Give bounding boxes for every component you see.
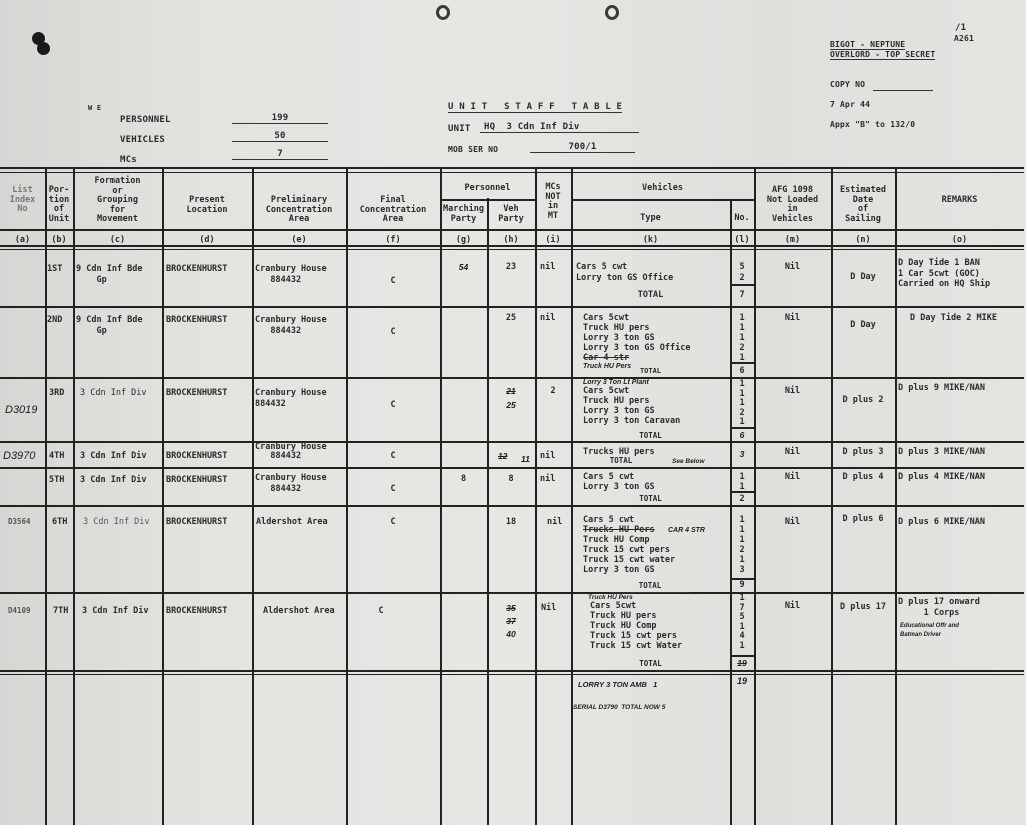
vehicle-types: Cars 5cwt Truck HU pers Lorry 3 ton GS L… [583, 386, 680, 426]
vehicle-nos: 1 1 1 2 1 [730, 313, 754, 363]
present-location: BROCKENHURST [166, 517, 227, 528]
col-group-vehicles: Vehicles [571, 184, 754, 194]
prelim-area: Cranbury House 884432 [255, 264, 327, 285]
veh-party-struck-2: 37 [487, 616, 535, 627]
veh-party: 23 [487, 262, 535, 273]
est-sailing: D plus 4 [831, 472, 895, 483]
est-sailing: D plus 17 [831, 602, 895, 613]
mcs-not-in-mt: nil [540, 451, 555, 462]
present-location: BROCKENHURST [166, 264, 227, 275]
formation: 3 Cdn Inf Div [80, 388, 147, 399]
footer-note-total: SERIAL D3790 TOTAL NOW 5 [573, 703, 665, 714]
col-header-list-index: List Index No [0, 186, 45, 215]
header-bottom-border [0, 229, 1024, 231]
afg-1098: Nil [754, 313, 831, 324]
col-header-vehicle-type: Type [571, 214, 730, 224]
unit-value: HQ 3 Cdn Inf Div [480, 122, 639, 133]
marching-party: 8 [440, 474, 487, 485]
col-letter: (b) [45, 236, 73, 246]
unit-label: UNIT [448, 124, 470, 134]
col-header-veh-party: Veh Party [487, 205, 535, 224]
veh-party: 40 [487, 629, 535, 640]
portion: 7TH [53, 606, 68, 617]
marching-party: 54 [440, 262, 487, 273]
row-divider [0, 467, 1024, 469]
veh-party: 18 [487, 517, 535, 528]
col-letter: (i) [535, 236, 571, 246]
final-area: C [346, 484, 440, 495]
final-area: C [346, 400, 440, 411]
copy-no-label: COPY NO [830, 80, 865, 89]
col-letter: (g) [440, 236, 487, 246]
mcs-not-in-mt: Nil [541, 603, 556, 614]
vehicle-nos: 5 2 [730, 262, 754, 283]
final-area: C [346, 327, 440, 338]
portion: 6TH [52, 517, 67, 528]
total-value: 19 [730, 658, 754, 669]
formation: 9 Cdn Inf Bde Gp [76, 315, 143, 336]
page-ref: /1 [955, 23, 966, 33]
total-label: TOTAL [571, 367, 730, 375]
classification-line-1: BIGOT - NEPTUNE [830, 40, 905, 50]
est-sailing: D plus 6 [831, 514, 895, 525]
document-date: 7 Apr 44 [830, 100, 870, 109]
row-divider [0, 674, 1024, 675]
mcs-label: MCs [120, 155, 137, 165]
list-index: D4109 [8, 606, 31, 617]
punch-hole-icon [605, 5, 619, 20]
copy-no-field [873, 80, 933, 91]
afg-1098: Nil [754, 517, 831, 528]
col-header-afg-1098: AFG 1098 Not Loaded in Vehicles [754, 186, 831, 224]
table-top-border [0, 167, 1024, 169]
total-line [730, 655, 754, 657]
col-header-portion: Por- tion of Unit [45, 186, 73, 224]
portion: 5TH [49, 475, 64, 486]
prelim-area: Cranbury House 884432 [255, 443, 327, 461]
veh-party: 8 [487, 474, 535, 485]
col-border [535, 168, 537, 825]
list-index: D3564 [8, 517, 31, 528]
row-divider [0, 306, 1024, 308]
total-label: TOTAL [571, 290, 730, 301]
vehicle-nos: 1 1 [730, 472, 754, 492]
ink-blot-icon [37, 42, 50, 55]
total-value: 9 [730, 580, 754, 591]
remarks-handwritten: Educational Offr and Batman Driver [900, 622, 959, 640]
portion: 4TH [49, 451, 64, 462]
col-letter: (k) [571, 236, 730, 246]
total-value: 2 [730, 494, 754, 505]
footer-note-amb-no: 19 [730, 676, 754, 687]
prelim-area: Cranbury House 884432 [255, 473, 327, 494]
total-value: 7 [730, 290, 754, 301]
col-group-personnel: Personnel [440, 184, 535, 194]
mob-ser-value: 700/1 [530, 142, 635, 153]
vehicle-nos: 1 1 1 2 1 [730, 380, 754, 428]
portion: 1ST [47, 264, 62, 275]
mcs-not-in-mt: nil [540, 313, 555, 324]
veh-party: 11 [521, 454, 530, 465]
col-header-marching-party: Marching Party [440, 205, 487, 224]
col-header-est-sailing: Estimated Date of Sailing [831, 186, 895, 224]
veh-party: 25 [487, 313, 535, 324]
col-letter: (a) [0, 236, 45, 246]
vehicle-types: Cars 5cwt Truck HU pers Truck HU Comp Tr… [590, 601, 682, 651]
prelim-area: Cranbury House 884432 [255, 388, 327, 409]
col-header-final-area: Final Concentration Area [346, 196, 440, 225]
present-location: BROCKENHURST [166, 606, 227, 617]
portion: 2ND [47, 315, 62, 326]
total-label: TOTAL [571, 494, 730, 505]
col-border [162, 168, 164, 825]
mcs-not-in-mt: nil [540, 262, 555, 273]
remarks: D Day Tide 2 MIKE [910, 313, 997, 324]
vehicle-types: Cars 5 cwt Lorry 3 ton GS [583, 472, 655, 492]
vehicle-nos: 1 1 1 2 1 3 [730, 515, 754, 575]
mcs-not-in-mt: nil [547, 517, 562, 528]
total-line [730, 284, 754, 286]
document-title: U N I T S T A F F T A B L E [448, 102, 622, 113]
afg-1098: Nil [754, 472, 831, 483]
row-divider [0, 249, 1024, 250]
present-location: BROCKENHURST [166, 315, 227, 326]
col-letter: (f) [346, 236, 440, 246]
total-value: 3 [730, 449, 754, 460]
remarks: D plus 6 MIKE/NAN [898, 517, 985, 528]
mcs-not-in-mt: 2 [535, 386, 571, 397]
present-location: BROCKENHURST [166, 388, 227, 399]
col-letter: (o) [895, 236, 1024, 246]
final-area: C [346, 606, 416, 617]
vehicles-group-divider [572, 199, 754, 201]
remarks: D plus 4 MIKE/NAN [898, 472, 985, 483]
vehicles-value: 50 [232, 131, 328, 142]
vehicles-label: VEHICLES [120, 135, 165, 145]
formation: 3 Cdn Inf Div [80, 475, 147, 486]
total-value: 6 [730, 366, 754, 377]
vehicle-nos: 1 7 5 1 4 1 [730, 594, 754, 651]
col-border [831, 168, 833, 825]
punch-hole-icon [436, 5, 450, 20]
total-value: 6 [730, 430, 754, 441]
est-sailing: D Day [831, 272, 895, 283]
remarks: D Day Tide 1 BAN 1 Car 5cwt (GOC) Carrie… [898, 258, 990, 290]
veh-party-struck: 21 [487, 386, 535, 397]
row-divider [0, 441, 1024, 443]
vehicle-handwritten-entry: CAR 4 STR [668, 526, 705, 537]
vehicle-struck-entry: Trucks HU Pers [583, 525, 655, 536]
col-letter: (l) [730, 236, 754, 246]
col-letter: (e) [252, 236, 346, 246]
portion: 3RD [49, 388, 64, 399]
mcs-value: 7 [232, 149, 328, 160]
veh-party-struck: 35 [487, 603, 535, 614]
formation: 3 Cdn Inf Div [82, 606, 149, 617]
personnel-value: 199 [232, 113, 328, 124]
col-header-prelim-area: Preliminary Concentration Area [252, 196, 346, 225]
present-location: BROCKENHURST [166, 475, 227, 486]
col-header-formation: Formation or Grouping for Movement [73, 177, 162, 225]
col-letter: (d) [162, 236, 252, 246]
final-area: C [346, 276, 440, 287]
total-label: TOTAL [571, 431, 730, 442]
document-page: W E PERSONNEL 199 VEHICLES 50 MCs 7 U N … [0, 0, 1026, 825]
list-index: D3970 [3, 451, 35, 462]
est-sailing: D plus 3 [831, 447, 895, 458]
col-header-vehicle-no: No. [730, 214, 754, 224]
footer-note-amb: LORRY 3 TON AMB 1 [578, 680, 657, 691]
formation: 3 Cdn Inf Div [83, 517, 150, 528]
final-area: C [346, 451, 440, 462]
col-letter: (m) [754, 236, 831, 246]
appendix-ref: Appx "B" to 132/0 [830, 120, 915, 129]
table-top-border-2 [0, 172, 1024, 173]
prelim-area: Aldershot Area [263, 606, 335, 617]
col-header-mcs-not-in-mt: MCs NOT in MT [535, 183, 571, 221]
personnel-label: PERSONNEL [120, 115, 171, 125]
col-header-remarks: REMARKS [895, 196, 1024, 206]
veh-party-struck: 12 [498, 451, 507, 462]
col-border [73, 168, 75, 825]
col-letter: (n) [831, 236, 895, 246]
final-area: C [346, 517, 440, 528]
col-letter: (c) [73, 236, 162, 246]
afg-1098: Nil [754, 447, 831, 458]
row-divider [0, 377, 1024, 379]
remarks: D plus 17 onward 1 Corps [898, 597, 980, 618]
vehicle-types: Cars 5 cwt Lorry ton GS Office [576, 262, 673, 283]
veh-party: 25 [487, 400, 535, 411]
col-border [487, 198, 489, 825]
prelim-area: Cranbury House 884432 [255, 315, 327, 336]
prelim-area: Aldershot Area [256, 517, 328, 528]
vehicle-types: Cars 5cwt Truck HU pers Lorry 3 ton GS L… [583, 313, 690, 353]
total-label: TOTAL [571, 659, 730, 670]
row-divider [0, 670, 1024, 672]
est-sailing: D Day [831, 320, 895, 331]
list-index: D3019 [5, 405, 37, 416]
remarks: D plus 9 MIKE/NAN [898, 383, 985, 394]
col-header-present-location: Present Location [162, 196, 252, 215]
est-sailing: D plus 2 [831, 395, 895, 406]
total-label: TOTAL [610, 581, 690, 593]
see-below-note: See Below [672, 457, 705, 468]
we-label: W E [88, 104, 101, 112]
col-letter: (h) [487, 236, 535, 246]
col-border [346, 168, 348, 825]
col-border [252, 168, 254, 825]
col-border [895, 168, 897, 825]
afg-1098: Nil [754, 262, 831, 273]
mcs-not-in-mt: nil [540, 474, 555, 485]
formation: 3 Cdn Inf Div [80, 451, 147, 462]
vehicle-types: Cars 5 cwt Truck HU Comp Truck 15 cwt pe… [583, 515, 675, 575]
row-divider [0, 505, 1024, 507]
remarks: D plus 3 MIKE/NAN [898, 447, 985, 458]
mob-ser-label: MOB SER NO [448, 145, 498, 154]
classification-line-2: OVERLORD - TOP SECRET [830, 50, 935, 60]
total-label: TOTAL [571, 456, 671, 467]
formation: 9 Cdn Inf Bde Gp [76, 264, 143, 285]
row-divider [0, 592, 1024, 594]
present-location: BROCKENHURST [166, 451, 227, 462]
afg-1098: Nil [754, 386, 831, 397]
ref-code: A261 [954, 34, 974, 43]
afg-1098: Nil [754, 601, 831, 612]
